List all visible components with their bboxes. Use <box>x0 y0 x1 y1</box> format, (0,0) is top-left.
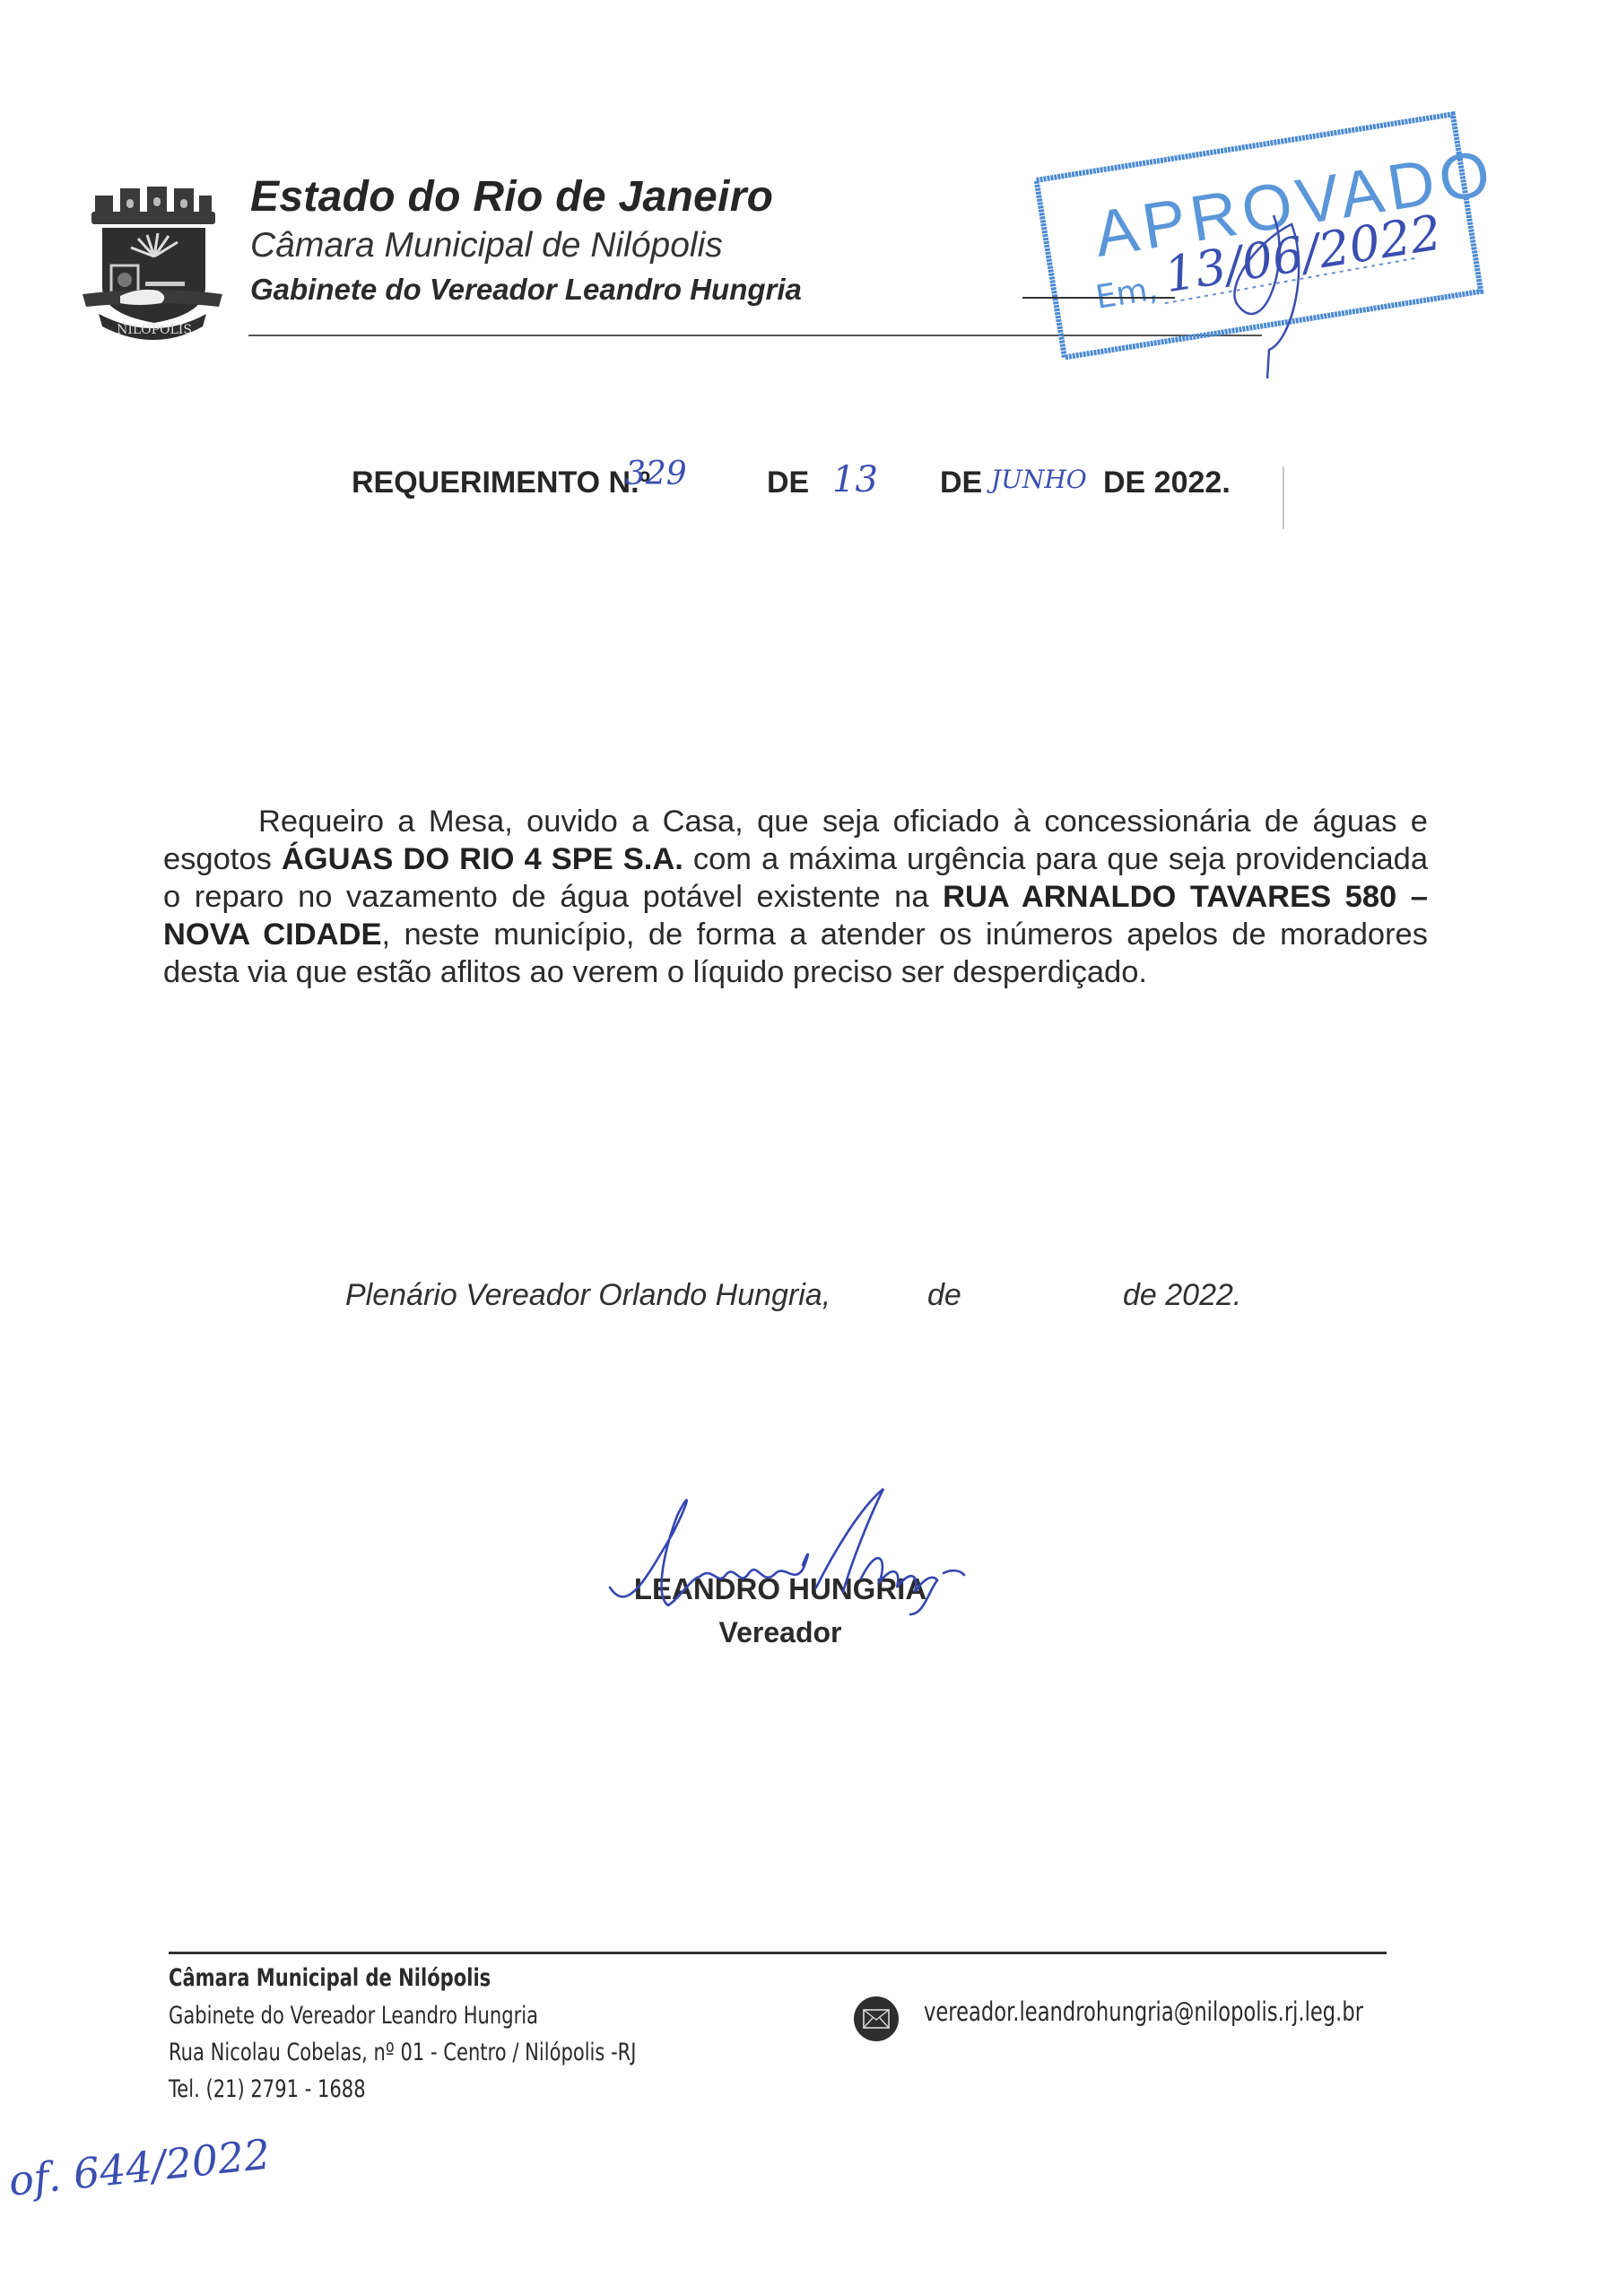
footer-office: Gabinete do Vereador Leandro Hungria <box>169 2002 538 2030</box>
requerimento-de-2: DE <box>940 465 982 500</box>
stamp-prefix: Em, <box>1093 271 1161 317</box>
requerimento-label: REQUERIMENTO N.º <box>352 465 650 500</box>
footer-email: vereador.leandrohungria@nilopolis.rj.leg… <box>924 1996 1363 2027</box>
handwritten-office-reference: of. 644/2022 <box>6 2130 273 2205</box>
footer-divider <box>169 1952 1387 1954</box>
closing-year: de 2022. <box>1123 1278 1241 1313</box>
envelope-icon <box>854 1996 899 2041</box>
requerimento-month: JUNHO <box>991 465 1087 494</box>
closing-day-de: de <box>927 1278 961 1313</box>
header-chamber-name: Câmara Municipal de Nilópolis <box>250 226 723 265</box>
footer-address: Rua Nicolau Cobelas, nº 01 - Centro / Ni… <box>169 2039 637 2066</box>
footer-chamber: Câmara Municipal de Nilópolis <box>169 1964 491 1992</box>
closing-place: Plenário Vereador Orlando Hungria, <box>345 1278 831 1313</box>
requerimento-year: DE 2022. <box>1103 465 1231 500</box>
requerimento-de-1: DE <box>767 465 809 500</box>
requerimento-day: 13 <box>832 459 878 500</box>
handwritten-signature <box>592 1480 987 1623</box>
header-office-name: Gabinete do Vereador Leandro Hungria <box>250 273 802 307</box>
approval-stamp: APROVADO Em, 13/06/2022 <box>1022 45 1525 386</box>
nilopolis-coat-of-arms-logo: NILOPOLIS <box>75 179 228 341</box>
requerimento-number: 329 <box>625 456 687 492</box>
svg-text:NILOPOLIS: NILOPOLIS <box>117 323 192 337</box>
pen-stroke-mark <box>1283 466 1284 529</box>
header-state-title: Estado do Rio de Janeiro <box>250 172 773 222</box>
company-name: ÁGUAS DO RIO 4 SPE S.A. <box>282 842 683 876</box>
request-body-paragraph: Requeiro a Mesa, ouvido a Casa, que seja… <box>163 803 1428 991</box>
footer-phone: Tel. (21) 2791 - 1688 <box>169 2075 366 2103</box>
